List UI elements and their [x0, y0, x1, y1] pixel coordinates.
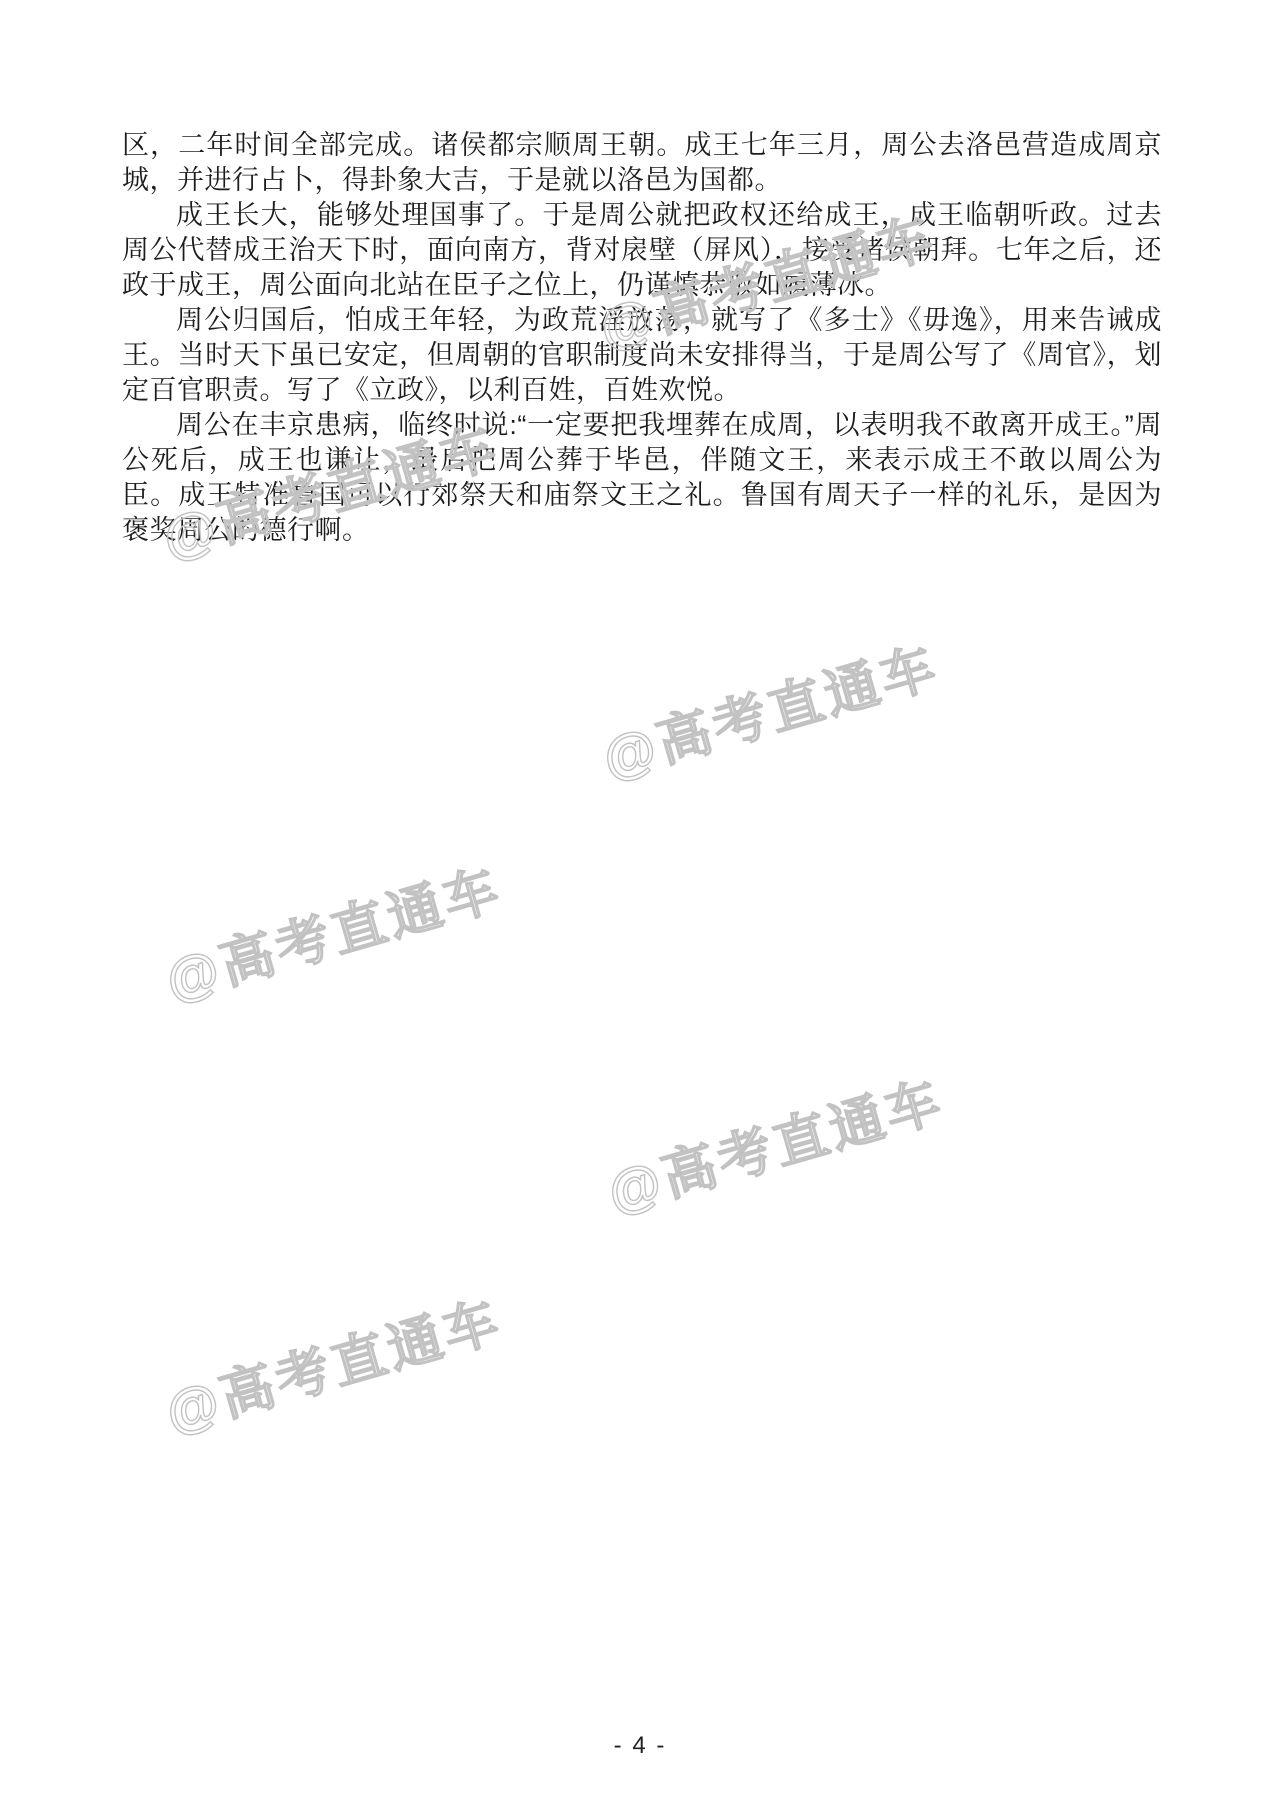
body-text: 区，二年时间全部完成。诸侯都宗顺周王朝。成王七年三月，周公去洛邑营造成周京城，并… [122, 128, 1162, 548]
watermark-gaokao-6: @高考直通车 [155, 1278, 509, 1448]
page-number: - 4 - [0, 1732, 1280, 1760]
paragraph-chengwang-grown: 成王长大，能够处理国事了。于是周公就把政权还给成王，成王临朝听政。过去周公代替成… [122, 198, 1162, 303]
paragraph-continuation: 区，二年时间全部完成。诸侯都宗顺周王朝。成王七年三月，周公去洛邑营造成周京城，并… [122, 128, 1162, 198]
watermark-gaokao-4: @高考直通车 [155, 846, 509, 1016]
watermark-gaokao-5: @高考直通车 [597, 1058, 951, 1228]
watermark-gaokao-3: @高考直通车 [592, 624, 946, 794]
paragraph-zhougong-illness: 周公在丰京患病，临终时说:“一定要把我埋葬在成周，以表明我不敢离开成王。”周公死… [122, 408, 1162, 548]
paragraph-zhougong-return: 周公归国后，怕成王年轻，为政荒淫放荡，就写了《多士》《毋逸》，用来告诫成王。当时… [122, 303, 1162, 408]
document-page: 区，二年时间全部完成。诸侯都宗顺周王朝。成王七年三月，周公去洛邑营造成周京城，并… [0, 0, 1280, 1808]
